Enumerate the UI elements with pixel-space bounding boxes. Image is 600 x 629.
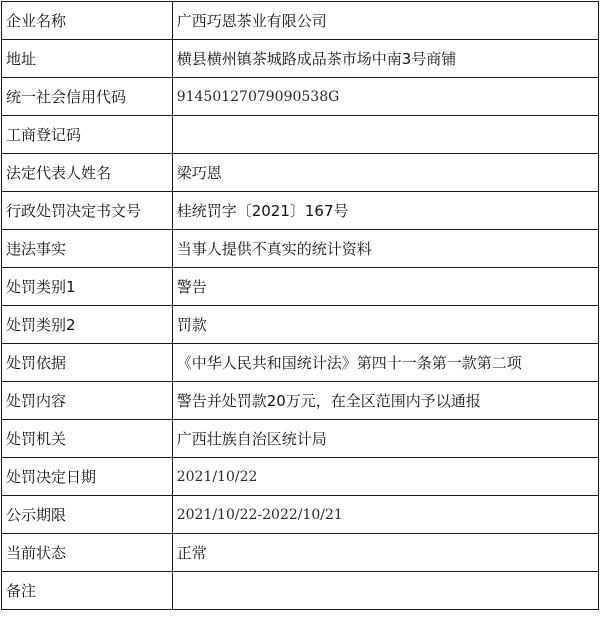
row-credit-code: 统一社会信用代码 91450127079090538G: [2, 78, 599, 116]
row-decision-number: 行政处罚决定书文号 桂统罚字〔2021〕167号: [2, 192, 599, 230]
value-decision-number: 桂统罚字〔2021〕167号: [172, 192, 598, 230]
value-penalty-basis: 《中华人民共和国统计法》第四十一条第一款第二项: [172, 344, 598, 382]
row-decision-date: 处罚决定日期 2021/10/22: [2, 458, 599, 496]
row-registration-code: 工商登记码: [2, 116, 599, 154]
value-registration-code: [172, 116, 598, 154]
row-current-status: 当前状态 正常: [2, 534, 599, 572]
row-publicity-period: 公示期限 2021/10/22-2022/10/21: [2, 496, 599, 534]
value-address: 横县横州镇茶城路成品茶市场中南3号商铺: [172, 40, 598, 78]
value-penalty-type-2: 罚款: [172, 306, 598, 344]
label-address: 地址: [2, 40, 173, 78]
value-legal-rep: 梁巧恩: [172, 154, 598, 192]
value-current-status: 正常: [172, 534, 598, 572]
label-violation-facts: 违法事实: [2, 230, 173, 268]
row-penalty-type-2: 处罚类别2 罚款: [2, 306, 599, 344]
label-penalty-authority: 处罚机关: [2, 420, 173, 458]
label-company-name: 企业名称: [2, 2, 173, 40]
label-current-status: 当前状态: [2, 534, 173, 572]
label-decision-date: 处罚决定日期: [2, 458, 173, 496]
row-company-name: 企业名称 广西巧恩茶业有限公司: [2, 2, 599, 40]
penalty-info-table: 企业名称 广西巧恩茶业有限公司 地址 横县横州镇茶城路成品茶市场中南3号商铺 统…: [1, 1, 599, 610]
value-publicity-period: 2021/10/22-2022/10/21: [172, 496, 598, 534]
value-credit-code: 91450127079090538G: [172, 78, 598, 116]
label-decision-number: 行政处罚决定书文号: [2, 192, 173, 230]
row-penalty-authority: 处罚机关 广西壮族自治区统计局: [2, 420, 599, 458]
label-registration-code: 工商登记码: [2, 116, 173, 154]
label-credit-code: 统一社会信用代码: [2, 78, 173, 116]
label-penalty-basis: 处罚依据: [2, 344, 173, 382]
row-penalty-content: 处罚内容 警告并处罚款20万元，在全区范围内予以通报: [2, 382, 599, 420]
label-penalty-content: 处罚内容: [2, 382, 173, 420]
value-decision-date: 2021/10/22: [172, 458, 598, 496]
label-penalty-type-2: 处罚类别2: [2, 306, 173, 344]
row-remarks: 备注: [2, 572, 599, 610]
value-penalty-type-1: 警告: [172, 268, 598, 306]
value-remarks: [172, 572, 598, 610]
value-violation-facts: 当事人提供不真实的统计资料: [172, 230, 598, 268]
value-penalty-content: 警告并处罚款20万元，在全区范围内予以通报: [172, 382, 598, 420]
value-company-name: 广西巧恩茶业有限公司: [172, 2, 598, 40]
row-address: 地址 横县横州镇茶城路成品茶市场中南3号商铺: [2, 40, 599, 78]
value-penalty-authority: 广西壮族自治区统计局: [172, 420, 598, 458]
row-penalty-basis: 处罚依据 《中华人民共和国统计法》第四十一条第一款第二项: [2, 344, 599, 382]
row-penalty-type-1: 处罚类别1 警告: [2, 268, 599, 306]
label-legal-rep: 法定代表人姓名: [2, 154, 173, 192]
label-publicity-period: 公示期限: [2, 496, 173, 534]
label-penalty-type-1: 处罚类别1: [2, 268, 173, 306]
row-legal-rep: 法定代表人姓名 梁巧恩: [2, 154, 599, 192]
label-remarks: 备注: [2, 572, 173, 610]
row-violation-facts: 违法事实 当事人提供不真实的统计资料: [2, 230, 599, 268]
